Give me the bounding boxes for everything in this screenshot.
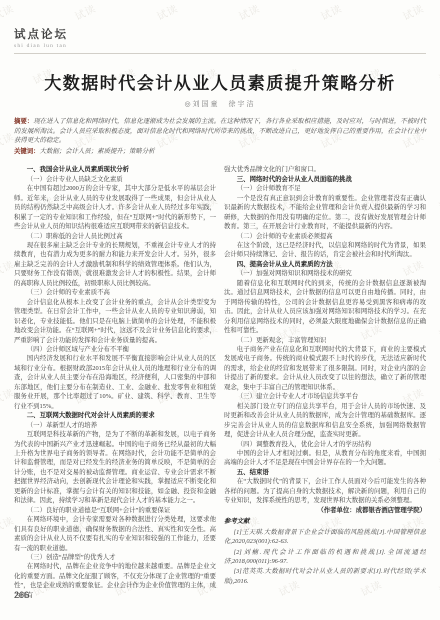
- body-paragraph: 互联网是科技革新的产物，是为了不断的革新和发展，以电子商务为代表的中国新兴产业才…: [14, 430, 216, 506]
- body-paragraph: 在这个阶段，这已是经济时代，以信息和网络的时代为背景，如果会计师只持续簿记、会计…: [224, 241, 426, 260]
- keywords-label: 关键词：: [14, 148, 40, 155]
- body-paragraph: 在“大数据时代”的背景下，会计工作人员面对今后可能发生的各种各样的问题。为了提高…: [224, 477, 426, 505]
- section-heading: 三、网络时代的会计从业人员面临的挑战: [224, 175, 426, 184]
- subsection-heading: （四）会计师区域与产业分布不平衡: [14, 345, 216, 354]
- body-paragraph: 国内经济发展和行业水平和发展不平衡直接影响会计从业人员的区域和行业分布。根据财政…: [14, 354, 216, 411]
- body-paragraph: 随着信息化和互联网时代的到来，传统的会计数据信息逐渐被淘汰。通过信息网络技术，会…: [224, 279, 426, 336]
- section-heading: 二、互联网大数据时代对会计人员素质的要求: [14, 411, 216, 420]
- reference-item: [1]王天琪.大数据背景下企业会计面临的风险挑战[J].中国管理信息化,2020…: [224, 528, 426, 547]
- author-affiliation: （作者单位：成都银杏酒店管理学院）: [224, 506, 426, 515]
- watermark-stamp: 试读: [436, 67, 440, 99]
- subsection-heading: （一）革新型人才的培养: [14, 421, 216, 430]
- column-header: 试点论坛: [14, 26, 426, 42]
- body-paragraph: 在网络时代，品牌在企业竞争中的地位越来越重要。品牌是企业文化的重要方面。品牌文化…: [14, 562, 216, 600]
- subsection-heading: （一）加强对网络知识和网络技术的研究: [224, 269, 426, 278]
- subsection-heading: （一）会计专业人员缺乏文化素质: [14, 175, 216, 184]
- body-column-left: 一、我国会计从业人员素质现状分析（一）会计专业人员缺乏文化素质在中国有超过200…: [14, 165, 216, 605]
- abstract: 摘要：现在进入了信息化和网络时代，信息化逐渐成为社会发展的主流。在这种情况下，各…: [14, 117, 426, 146]
- body-paragraph: 在网络环境中，会计专家需要对各种数据进行分类处理，这要求他们具有良好的职业道德，…: [14, 515, 216, 553]
- body-paragraph: 一个是没有真正意识到会计教育的重要性。企业管理者没有正确认识最新的大数据技术，不…: [224, 194, 426, 232]
- section-heading: 四、提高会计从业人员素质的方法: [224, 260, 426, 269]
- keywords: 关键词：大数据；会计人员；素质提升；策略分析: [14, 147, 426, 157]
- subsection-heading: （四）调整教育投入，优化会计人才的学历结构: [224, 440, 426, 449]
- article-title: 大数据时代会计从业人员素质提升策略分析: [14, 69, 426, 94]
- watermark-stamp: 试读: [436, 579, 440, 611]
- article-authors: ◎刘国童 徐宇洁: [14, 99, 426, 109]
- journal-page: 试读试读试读试读试读试读试读试读试读试读试读试读试读试读试读试读试读试读试读试读…: [0, 0, 440, 620]
- subsection-heading: （二）职称低的会计人员比例过高: [14, 232, 216, 241]
- body-paragraph: 在中国有超过2000万的会计专家，其中大部分是低水平的基层会计师。近年来，会计从…: [14, 184, 216, 231]
- subsection-heading: （二）良好的职业道德是“互联网+会计”的重要保证: [14, 506, 216, 515]
- header-divider: [14, 53, 426, 54]
- column-header-block: 试点论坛 shi dian lun tan: [14, 0, 426, 49]
- subsection-heading: （三）创造“品牌型”的优秀人才: [14, 553, 216, 562]
- abstract-text: 现在进入了信息化和网络时代，信息化逐渐成为社会发展的主流。在这种情况下，各行各业…: [14, 118, 426, 144]
- abstract-label: 摘要：: [14, 118, 33, 125]
- body-paragraph: 现在很多雇主缺乏会计专业的长期规划，不重视会计专业人才的持续教育，也有潜力成为更…: [14, 241, 216, 288]
- reference-item: [2]刘楠.现代会计工作面临的机遇和挑战[J].全国流通经济,2018,000(…: [224, 548, 426, 567]
- watermark-stamp: 试读: [436, 195, 440, 227]
- body-column-right: 强大优秀品牌文化的门户和窗口。三、网络时代的会计从业人员面临的挑战（一）会计师教…: [224, 165, 426, 605]
- section-heading: 五、结束语: [224, 468, 426, 477]
- subsection-heading: （三）建立会计专业人才市场信息共享平台: [224, 392, 426, 401]
- body-paragraph: 相关部门设立专门的信息共享平台，用于会计人员的市场快速、及时更新和改善会计从业人…: [224, 402, 426, 440]
- body-columns: 一、我国会计从业人员素质现状分析（一）会计专业人员缺乏文化素质在中国有超过200…: [14, 165, 426, 605]
- page-content: 试点论坛 shi dian lun tan 大数据时代会计从业人员素质提升策略分…: [14, 0, 426, 605]
- section-heading: 一、我国会计从业人员素质现状分析: [14, 165, 216, 174]
- body-paragraph: 会计信息化从根本上改变了会计业务的重点，会计从会计类型变为管理类型。在日常会计工…: [14, 298, 216, 345]
- reference-item: [3]范英英.大数据时代对会计从业人员的新要求[J].时代经贸(学术版),201…: [224, 567, 426, 586]
- watermark-stamp: 试读: [436, 323, 440, 355]
- body-paragraph: 电子商务产业在信息化和互联网时代的大背景下，商业的主要模式发展成电子商务。传统的…: [224, 345, 426, 392]
- column-header-pinyin: shi dian lun tan: [14, 43, 426, 49]
- body-paragraph: 中国的会计人才相对过剩。但是，从教育分布的角度来看，中国拥高端的会计人才不足是现…: [224, 449, 426, 468]
- subsection-heading: （二）会计师的专业素质必须提高: [224, 232, 426, 241]
- keywords-text: 大数据；会计人员；素质提升；策略分析: [40, 148, 155, 155]
- watermark-stamp: 试读: [436, 451, 440, 483]
- references-heading: 参考文献: [224, 517, 426, 526]
- continuation-paragraph: 强大优秀品牌文化的门户和窗口。: [224, 165, 426, 174]
- subsection-heading: （一）会计师教育不足: [224, 184, 426, 193]
- page-number: 266: [14, 590, 29, 600]
- subsection-heading: （三）会计师的专业素质不高: [14, 288, 216, 297]
- subsection-heading: （二）更新观念，丰富管理知识: [224, 336, 426, 345]
